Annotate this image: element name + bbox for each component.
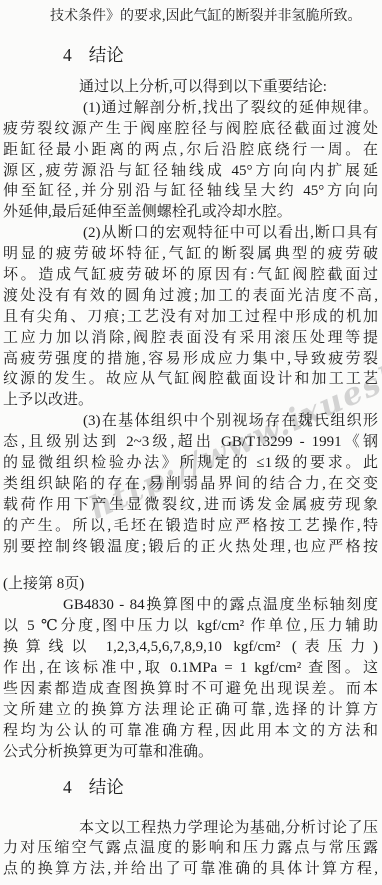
text-line: 明显的疲劳破坏特征,气缸的断裂属典型的疲劳破 <box>3 244 378 265</box>
text-line: 源区,疲劳源沿与缸径轴线成 45°方向向内扩展延 <box>3 161 378 182</box>
text-line: 通过以上分析,可以得到以下重要结论: <box>3 77 378 98</box>
text-line: 类组织缺陷的存在,易削弱晶界间的结合力,在交变 <box>3 474 378 495</box>
text-line: 换算线以 1,2,3,4,5,6,7,8,9,10 kgf/cm² (表压力) <box>3 637 378 658</box>
text-line: 作出,在该标准中,取 0.1MPa = 1 kgf/cm² 查图。这 <box>3 658 378 679</box>
text-line: 疲劳裂纹源产生于阀座腔径与阀腔底径截面过渡处 <box>3 119 378 140</box>
text-line: 以 5 ℃分度,图中压力以 kgf/cm² 作单位,压力辅助 <box>3 616 378 637</box>
text-line: 外延伸,最后延伸至盖侧螺栓孔或冷却水腔。 <box>3 202 378 223</box>
text-line: (3)在基体组织中个别视场存在魏氏组织形 <box>3 411 378 432</box>
text-line: 文所建立的换算方法理论正确可靠,选择的计算方 <box>3 700 378 721</box>
text-line: 伸至缸径,并分别沿与缸径轴线呈大约 45°方向向 <box>3 181 378 202</box>
text-line: 程均为公认的可靠准确方程,因此用本文的方法和 <box>3 721 378 742</box>
section-heading-number: 4 <box>63 775 72 799</box>
text-line: 力对压缩空气露点温度的影响和压力露点与常压露 <box>3 838 378 859</box>
section-heading: 4结论 <box>3 43 378 67</box>
section-heading-title: 结论 <box>89 45 124 65</box>
text-line: 工应力加以消除,阀腔表面没有采用滚压处理等提 <box>3 328 378 349</box>
text-line: GB4830 - 84换算图中的露点温度坐标轴刻度 <box>3 595 378 616</box>
section-heading: 4结论 <box>3 775 378 799</box>
text-line: 技术条件》的要求,因此气缸的断裂并非氢脆所致。 <box>3 7 378 27</box>
text-line: 载荷作用下产生显微裂纹,进而诱发金属疲劳现象 <box>3 495 378 516</box>
text-line: (2)从断口的宏观特征中可以看出,断口具有 <box>3 223 378 244</box>
text-line: 距缸径最小距离的两点,尔后沿腔底绕行一周。在 <box>3 140 378 161</box>
section-heading-title: 结论 <box>89 777 124 797</box>
text-line: 些因素都造成查图换算时不可避免出现误差。而本 <box>3 679 378 700</box>
text-line: 的产生。所以,毛坯在锻造时应严格按工艺操作,特 <box>3 516 378 537</box>
text-line: 态,且级别达到 2~3级,超出 GB/T13299 - 1991《钢 <box>3 432 378 453</box>
text-line: (1)通过解剖分析,找出了裂纹的延伸规律。 <box>3 98 378 119</box>
text-line: 本文以工程热力学理论为基础,分析讨论了压 <box>3 818 378 839</box>
text-line: 点的换算方法,并给出了可靠准确的具体计算方程, <box>3 859 378 880</box>
section-heading-number: 4 <box>63 43 72 67</box>
text-line: (上接第 8页) <box>3 574 378 595</box>
text-line: 渡处没有有效的圆角过渡;加工的表面光洁度不高, <box>3 286 378 307</box>
scanned-paper-page: http://www.ixueshu 技术条件》的要求,因此气缸的断裂并非氢脆所… <box>0 0 382 885</box>
text-line: 上予以改进。 <box>3 390 378 411</box>
text-line: 且有尖角、刀痕;工艺没有对加工过程中形成的机加 <box>3 307 378 328</box>
text-line: 坏。造成气缸疲劳破坏的原因有:气缸阀腔截面过 <box>3 265 378 286</box>
document-content: 技术条件》的要求,因此气缸的断裂并非氢脆所致。4结论通过以上分析,可以得到以下重… <box>3 7 378 880</box>
text-line: 的显微组织检验办法》所规定的 ≤1级的要求。此 <box>3 453 378 474</box>
text-line: 高疲劳强度的措施,容易形成应力集中,导致疲劳裂 <box>3 349 378 370</box>
text-line: 纹源的发生。故应从气缸阀腔截面设计和加工工艺 <box>3 369 378 390</box>
text-line: 别要控制终锻温度;锻后的正火热处理,也应严格按 <box>3 537 378 558</box>
text-line: 公式分析换算更为可靠和准确。 <box>3 742 378 763</box>
